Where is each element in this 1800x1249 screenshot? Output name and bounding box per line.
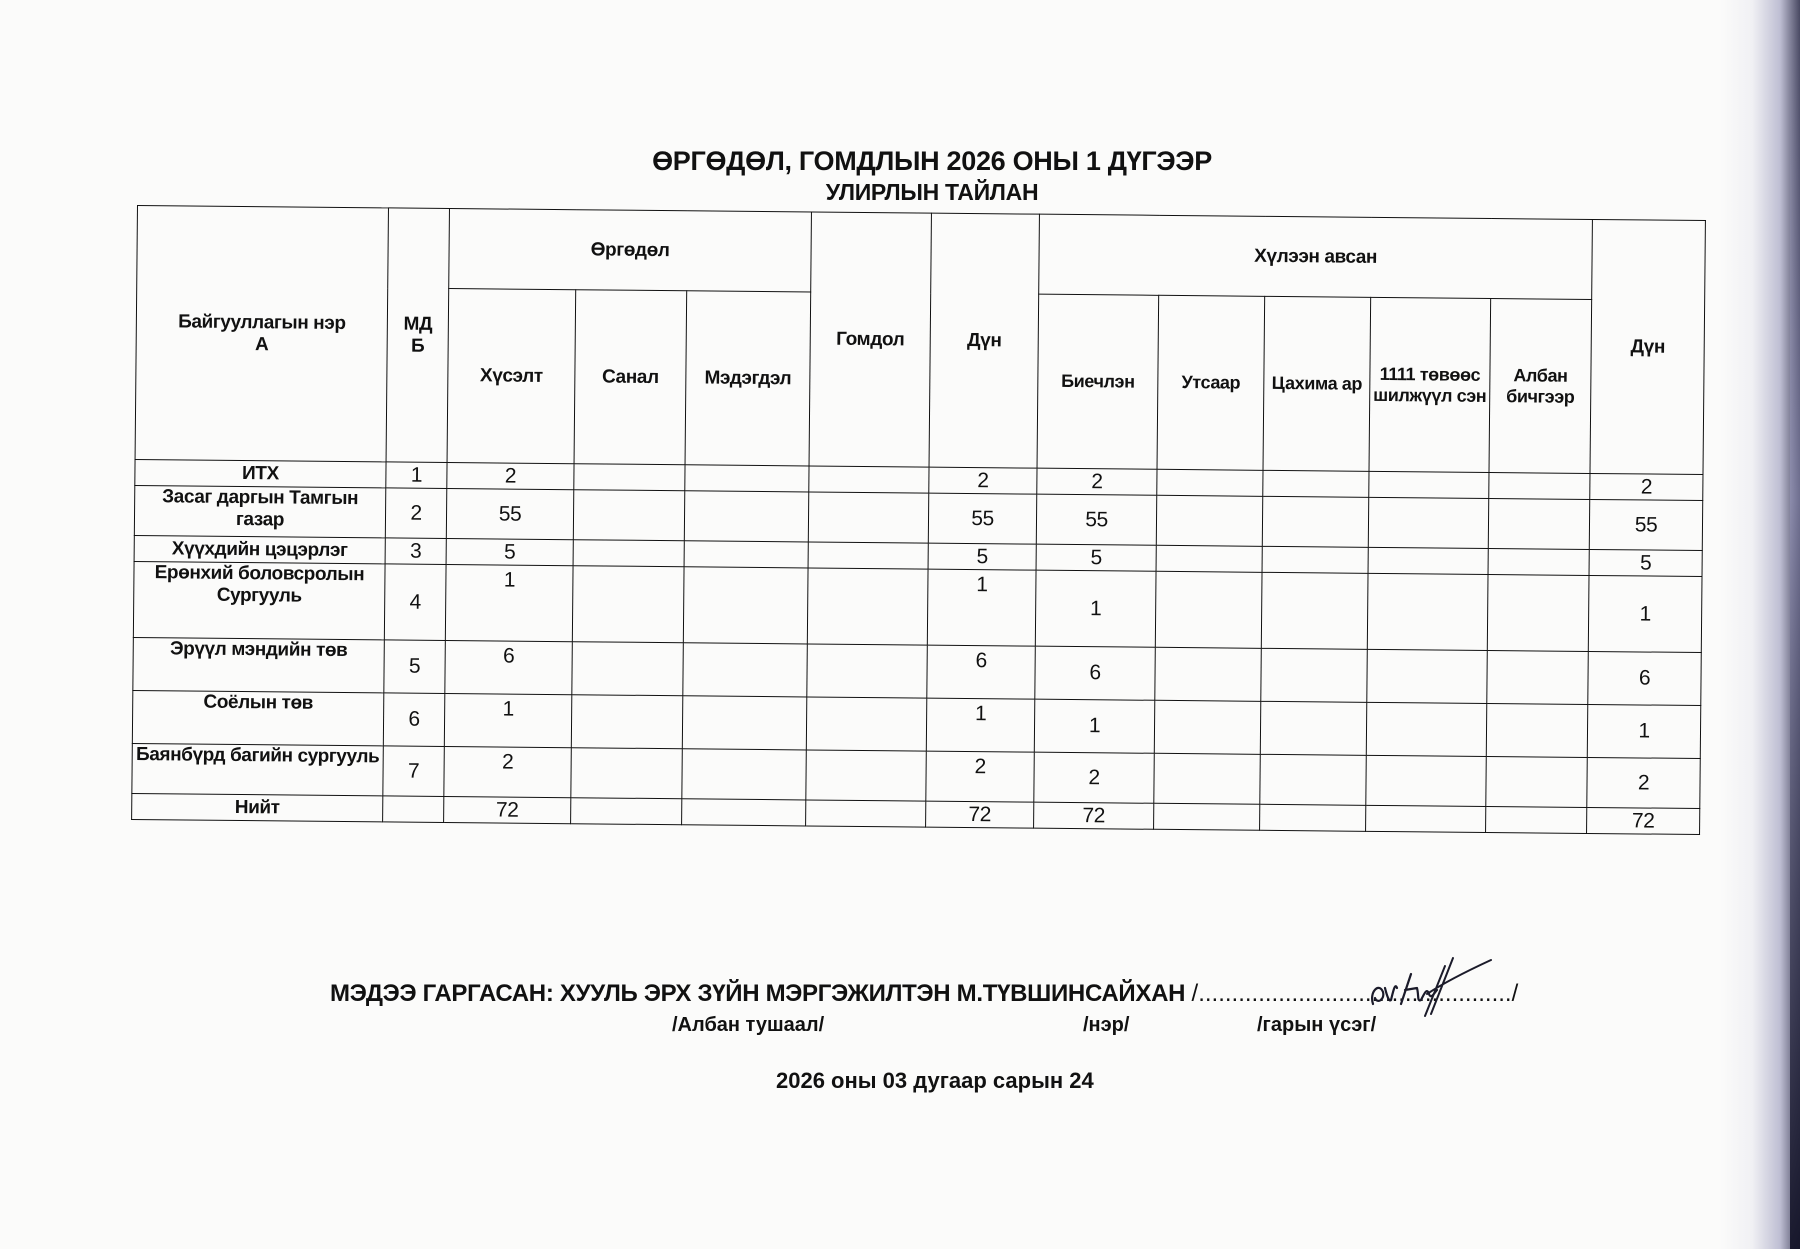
cell-md: 5 [384,640,446,694]
cell-name: Соёлын төв [132,690,383,745]
cell-alban-bichgeer [1486,806,1587,833]
cell-dun1: 1 [926,698,1035,752]
cell-name: ИТХ [135,459,386,487]
cell-dun2: 1 [1588,575,1702,652]
cell-sanal [571,695,683,749]
cell-dun1: 5 [928,543,1036,570]
header-md-label: МД [403,313,432,334]
cell-name: Ерөнхий боловсролын Сургууль [133,561,385,639]
cell-sanal [572,642,684,696]
cell-medegdel [683,643,808,697]
header-tsakhimaar: Цахима ар [1263,296,1371,471]
cell-sanal [571,798,682,825]
cell-medegdel [685,465,809,492]
cell-alban-bichgeer [1488,498,1590,549]
cell-tsakhimaar [1262,496,1368,547]
cell-dun2: 6 [1588,651,1702,705]
cell-name: Эрүүл мэндийн төв [133,637,384,692]
cell-dun1: 6 [927,645,1036,699]
cell-gomdol [807,644,928,698]
header-alban-bichgeer: Албан бичгээр [1489,298,1592,473]
cell-name: Баянбүрд багийн сургууль [132,743,383,795]
cell-md: 3 [385,538,446,565]
cell-tsakhimaar [1260,804,1366,831]
header-medegdel: Мэдэгдэл [685,291,811,466]
cell-utsaar [1156,545,1262,572]
header-sanal: Санал [574,290,687,465]
cell-utsaar [1155,571,1262,648]
cell-alban-bichgeer [1489,472,1590,499]
issued-by-line: МЭДЭЭ ГАРГАСАН: ХУУЛЬ ЭРХ ЗҮЙН МЭРГЭЖИЛТ… [330,980,1518,1008]
cell-dun1: 72 [926,801,1034,828]
cell-dun2: 2 [1590,473,1703,500]
cell-biechlen: 55 [1036,494,1156,545]
cell-utsaar [1154,753,1260,804]
cell-line1111 [1366,755,1486,806]
cell-name: Нийт [132,793,383,821]
header-1111: 1111 төвөөс шилжүүл сэн [1369,297,1491,472]
cell-gomdol [807,568,928,645]
cell-alban-bichgeer [1486,703,1588,757]
cell-sanal [571,748,682,799]
header-gomdol: Гомдол [809,212,931,467]
header-org-name-label: Байгууллагын нэр [178,311,346,334]
header-utsaar: Утсаар [1157,295,1265,470]
cell-khuselt: 2 [444,746,571,797]
header-md-code: Б [411,335,424,356]
cell-dun2: 55 [1589,499,1702,550]
cell-medegdel [682,696,807,750]
cell-md: 1 [386,462,447,489]
cell-khuselt: 72 [444,796,571,823]
report-date: 2026 оны 03 дугаар сарын 24 [776,1068,1094,1094]
cell-medegdel [683,567,808,644]
cell-sanal [573,540,684,567]
cell-khuselt: 6 [445,640,573,694]
cell-dun1: 2 [926,751,1034,802]
cell-line1111 [1368,547,1488,574]
label-position: /Албан тушаал/ [672,1014,824,1037]
report-table: Байгууллагын нэр А МД Б Өргөдөл Гомдол Д… [131,205,1706,835]
cell-utsaar [1154,803,1260,830]
cell-utsaar [1154,700,1261,754]
header-khuleen-avsan-group: Хүлээн авсан [1039,214,1593,299]
cell-biechlen: 72 [1034,802,1154,829]
header-org-name: Байгууллагын нэр А [135,206,388,462]
cell-gomdol [806,697,927,751]
cell-tsakhimaar [1263,470,1369,497]
cell-md: 4 [384,564,446,641]
cell-khuselt: 1 [445,564,573,641]
cell-khuselt: 55 [446,488,573,539]
cell-tsakhimaar [1260,754,1366,805]
cell-dun1: 2 [929,467,1037,494]
cell-utsaar [1156,495,1262,546]
cell-tsakhimaar [1261,572,1368,649]
cell-medegdel [682,799,806,826]
cell-md: 2 [385,488,446,539]
cell-khuselt: 2 [447,462,574,489]
cell-utsaar [1155,647,1262,701]
cell-biechlen: 2 [1034,752,1154,803]
label-name: /нэр/ [1083,1014,1129,1037]
header-dun1: Дүн [929,213,1039,468]
header-org-name-code: А [255,334,269,355]
cell-sanal [572,566,684,643]
label-signature: /гарын үсэг/ [1257,1014,1376,1037]
cell-dun2: 72 [1587,807,1700,834]
cell-line1111 [1369,471,1489,498]
cell-line1111 [1366,702,1487,756]
cell-gomdol [809,466,929,493]
cell-biechlen: 2 [1037,468,1157,495]
cell-sanal [574,464,685,491]
cell-biechlen: 5 [1036,544,1156,571]
cell-md [383,796,444,823]
cell-tsakhimaar [1260,701,1367,755]
header-dun2: Дүн [1590,219,1705,474]
cell-dun1: 1 [927,569,1036,646]
cell-dun2: 2 [1587,757,1700,808]
cell-md: 6 [383,693,445,747]
report-title: ӨРГӨДӨЛ, ГОМДЛЫН 2026 ОНЫ 1 ДҮГЭЭР [32,146,1800,177]
cell-name: Хүүхдийн цэцэрлэг [134,535,385,563]
cell-khuselt: 1 [444,693,572,747]
issued-by-text: МЭДЭЭ ГАРГАСАН: ХУУЛЬ ЭРХ ЗҮЙН МЭРГЭЖИЛТ… [330,980,1185,1007]
cell-tsakhimaar [1261,648,1368,702]
header-khuselt: Хүсэлт [447,288,576,463]
cell-line1111 [1367,573,1488,650]
cell-khuselt: 5 [446,538,573,565]
cell-alban-bichgeer [1486,756,1588,807]
cell-alban-bichgeer [1487,574,1589,651]
cell-sanal [573,490,684,541]
cell-utsaar [1157,469,1263,496]
cell-medegdel [684,491,809,542]
cell-medegdel [682,749,807,800]
cell-dun1: 55 [928,493,1036,544]
cell-gomdol [808,542,928,569]
cell-line1111 [1366,805,1486,832]
cell-gomdol [808,492,928,543]
cell-dun2: 5 [1589,549,1702,576]
cell-alban-bichgeer [1487,650,1589,704]
header-biechlen: Биечлэн [1037,294,1159,469]
cell-name: Засаг даргын Тамгын газар [134,485,385,537]
handwritten-signature [1365,952,1495,1022]
header-md: МД Б [386,208,449,463]
header-urgudul-group: Өргөдөл [449,208,812,291]
cell-md: 7 [383,746,444,797]
cell-alban-bichgeer [1488,548,1589,575]
cell-medegdel [684,541,808,568]
cell-line1111 [1368,497,1488,548]
cell-line1111 [1367,649,1488,703]
report-subtitle: УЛИРЛЫН ТАЙЛАН [32,179,1800,206]
cell-biechlen: 1 [1035,570,1156,647]
cell-gomdol [806,750,926,801]
cell-biechlen: 1 [1034,699,1155,753]
cell-biechlen: 6 [1035,646,1156,700]
cell-dun2: 1 [1587,704,1701,758]
cell-tsakhimaar [1262,546,1368,573]
cell-gomdol [806,800,926,827]
